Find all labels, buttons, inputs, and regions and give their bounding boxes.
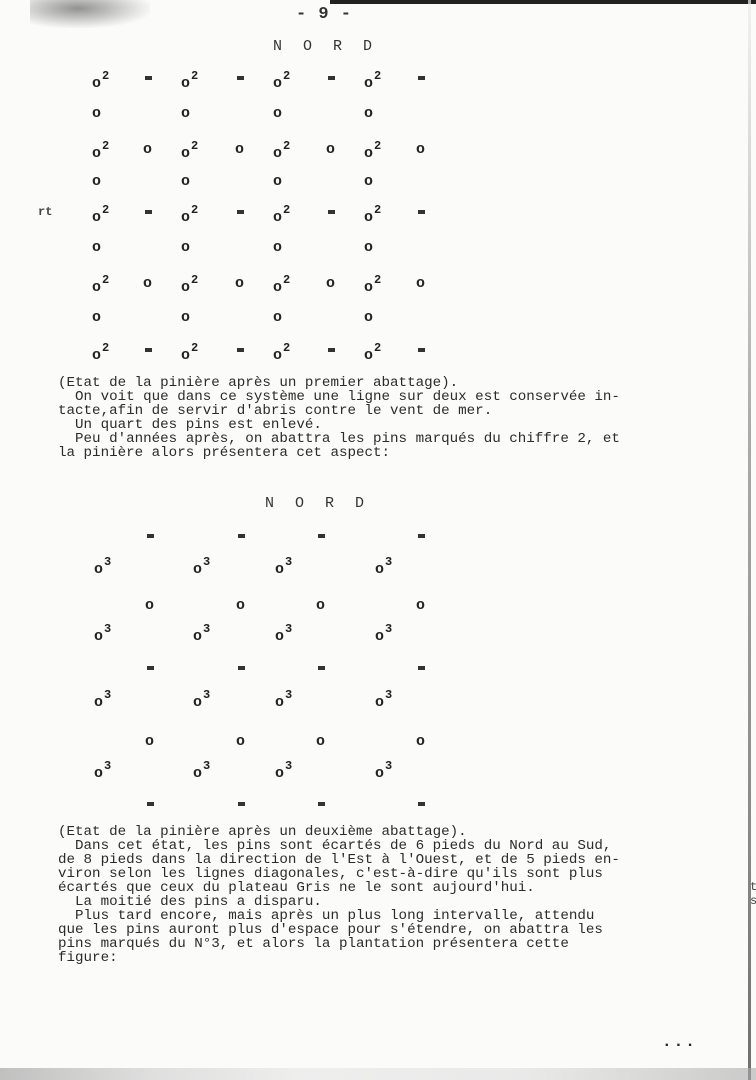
numbered-tree-marker: o2 <box>181 344 198 363</box>
paragraph-1: On voit que dans ce système une ligne su… <box>58 390 748 460</box>
numbered-tree-marker: o2 <box>181 72 198 91</box>
text-line: Plus tard encore, mais après un plus lon… <box>58 909 748 923</box>
removed-tree-mark <box>238 802 245 806</box>
tree-marker: o <box>236 734 245 749</box>
numbered-tree-marker: o3 <box>275 691 292 710</box>
tree-marker: o <box>273 310 282 325</box>
text-line: pins marqués du N°3, et alors la plantat… <box>58 937 748 951</box>
numbered-tree-marker: o2 <box>92 276 109 295</box>
tree-marker: o <box>181 106 190 121</box>
tree-marker: o <box>326 142 335 157</box>
tree-marker: o <box>364 310 373 325</box>
tree-marker: o <box>273 106 282 121</box>
removed-tree-mark <box>318 802 325 806</box>
tree-marker: o <box>416 598 425 613</box>
tree-marker: o <box>181 310 190 325</box>
tree-marker: o <box>326 276 335 291</box>
removed-tree-mark <box>328 348 335 352</box>
numbered-tree-marker: o3 <box>375 625 392 644</box>
removed-tree-mark <box>328 210 335 214</box>
tree-marker: o <box>235 142 244 157</box>
text-line: écartés que ceux du plateau Gris ne le s… <box>58 881 748 895</box>
tree-marker: o <box>316 734 325 749</box>
numbered-tree-marker: o3 <box>193 691 210 710</box>
numbered-tree-marker: o3 <box>94 691 111 710</box>
removed-tree-mark <box>418 802 425 806</box>
removed-tree-mark <box>418 666 425 670</box>
tree-marker: o <box>92 106 101 121</box>
text-line: figure: <box>58 951 748 965</box>
numbered-tree-marker: o2 <box>181 206 198 225</box>
scan-right-edge <box>748 0 751 1080</box>
tree-marker: o <box>364 240 373 255</box>
right-edge-marks: t s <box>750 880 756 908</box>
figure2-caption: (Etat de la pinière après un deuxième ab… <box>58 825 748 839</box>
text-line: de 8 pieds dans la direction de l'Est à … <box>58 853 748 867</box>
numbered-tree-marker: o2 <box>273 344 290 363</box>
numbered-tree-marker: o2 <box>364 142 381 161</box>
numbered-tree-marker: o3 <box>193 558 210 577</box>
figure1-heading: N O R D <box>273 38 378 55</box>
numbered-tree-marker: o2 <box>273 206 290 225</box>
numbered-tree-marker: o2 <box>181 142 198 161</box>
tree-marker: o <box>316 598 325 613</box>
numbered-tree-marker: o2 <box>181 276 198 295</box>
removed-tree-mark <box>418 534 425 538</box>
numbered-tree-marker: o2 <box>273 276 290 295</box>
removed-tree-mark <box>237 210 244 214</box>
tree-marker: o <box>92 310 101 325</box>
numbered-tree-marker: o2 <box>92 72 109 91</box>
tree-marker: o <box>92 174 101 189</box>
removed-tree-mark <box>237 76 244 80</box>
text-line: Peu d'années après, on abattra les pins … <box>58 432 748 446</box>
numbered-tree-marker: o3 <box>193 625 210 644</box>
text-line: Un quart des pins est enlevé. <box>58 418 748 432</box>
margin-mark: rt <box>38 205 52 219</box>
removed-tree-mark <box>147 802 154 806</box>
tree-marker: o <box>364 106 373 121</box>
scan-smudge <box>30 0 150 28</box>
numbered-tree-marker: o2 <box>92 344 109 363</box>
numbered-tree-marker: o2 <box>364 206 381 225</box>
scan-bottom-edge <box>0 1068 756 1080</box>
removed-tree-mark <box>238 666 245 670</box>
tree-marker: o <box>181 240 190 255</box>
text-line: la pinière alors présentera cet aspect: <box>58 446 748 460</box>
removed-tree-mark <box>328 76 335 80</box>
numbered-tree-marker: o2 <box>273 142 290 161</box>
text-line: On voit que dans ce système une ligne su… <box>58 390 748 404</box>
removed-tree-mark <box>145 76 152 80</box>
tree-marker: o <box>273 174 282 189</box>
removed-tree-mark <box>238 534 245 538</box>
figure1-caption: (Etat de la pinière après un premier aba… <box>58 376 748 390</box>
removed-tree-mark <box>418 348 425 352</box>
removed-tree-mark <box>418 210 425 214</box>
numbered-tree-marker: o3 <box>275 558 292 577</box>
removed-tree-mark <box>145 348 152 352</box>
text-line: La moitié des pins a disparu. <box>58 895 748 909</box>
numbered-tree-marker: o3 <box>94 558 111 577</box>
numbered-tree-marker: o2 <box>364 276 381 295</box>
removed-tree-mark <box>318 666 325 670</box>
figure2-heading: N O R D <box>265 495 370 512</box>
tree-marker: o <box>145 598 154 613</box>
removed-tree-mark <box>145 210 152 214</box>
numbered-tree-marker: o2 <box>92 206 109 225</box>
tree-marker: o <box>143 142 152 157</box>
removed-tree-mark <box>237 348 244 352</box>
tree-marker: o <box>416 734 425 749</box>
text-line: que les pins auront plus d'espace pour s… <box>58 923 748 937</box>
removed-tree-mark <box>418 76 425 80</box>
numbered-tree-marker: o3 <box>375 691 392 710</box>
removed-tree-mark <box>318 534 325 538</box>
text-line: Dans cet état, les pins sont écartés de … <box>58 839 748 853</box>
tree-marker: o <box>273 240 282 255</box>
numbered-tree-marker: o3 <box>193 762 210 781</box>
numbered-tree-marker: o2 <box>92 142 109 161</box>
numbered-tree-marker: o3 <box>94 762 111 781</box>
tree-marker: o <box>143 276 152 291</box>
paragraph-2: Dans cet état, les pins sont écartés de … <box>58 839 748 965</box>
numbered-tree-marker: o3 <box>375 762 392 781</box>
tree-marker: o <box>181 174 190 189</box>
tree-marker: o <box>235 276 244 291</box>
numbered-tree-marker: o3 <box>275 625 292 644</box>
text-line: viron selon les lignes diagonales, c'est… <box>58 867 748 881</box>
tree-marker: o <box>416 142 425 157</box>
tree-marker: o <box>364 174 373 189</box>
scan-top-edge <box>330 0 756 4</box>
removed-tree-mark <box>147 666 154 670</box>
page-number: - 9 - <box>296 5 352 24</box>
tree-marker: o <box>416 276 425 291</box>
numbered-tree-marker: o3 <box>375 558 392 577</box>
text-line: tacte,afin de servir d'abris contre le v… <box>58 404 748 418</box>
numbered-tree-marker: o2 <box>364 344 381 363</box>
numbered-tree-marker: o2 <box>364 72 381 91</box>
continuation-ellipsis: ... <box>662 1033 697 1051</box>
tree-marker: o <box>92 240 101 255</box>
numbered-tree-marker: o2 <box>273 72 290 91</box>
numbered-tree-marker: o3 <box>94 625 111 644</box>
removed-tree-mark <box>147 534 154 538</box>
tree-marker: o <box>145 734 154 749</box>
numbered-tree-marker: o3 <box>275 762 292 781</box>
tree-marker: o <box>236 598 245 613</box>
